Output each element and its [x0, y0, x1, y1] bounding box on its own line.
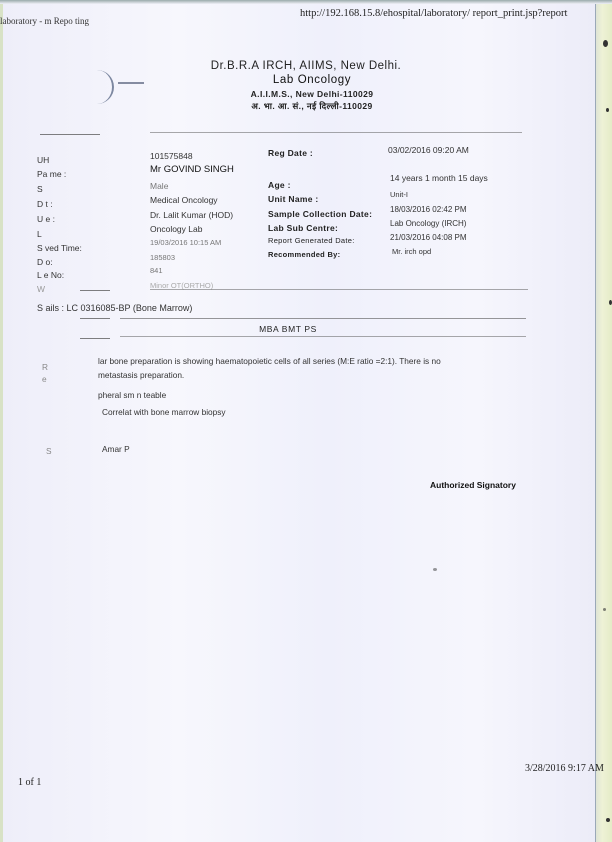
detail-label: L e No: — [37, 270, 64, 280]
page-top-edge — [0, 0, 612, 4]
detail-label: L — [37, 229, 42, 239]
signed-by: Amar P — [102, 444, 130, 454]
report-line: metastasis preparation. — [98, 370, 184, 380]
lab-sample-no-value: 841 — [150, 266, 163, 275]
lab-sub-centre-value: Lab Oncology (IRCH) — [390, 219, 466, 228]
scan-speck — [433, 568, 437, 571]
divider — [150, 289, 528, 290]
detail-label: D t : — [37, 199, 53, 209]
detail-label: Age : — [268, 180, 291, 190]
print-header-title: laboratory - m Repo ting — [0, 16, 89, 26]
unit-name-value: Unit-I — [390, 190, 408, 199]
divider — [150, 132, 522, 133]
detail-label: Pa me : — [37, 169, 66, 179]
detail-label: Unit Name : — [268, 194, 319, 204]
age-value: 14 years 1 month 15 days — [390, 173, 488, 183]
scanned-page — [0, 0, 596, 842]
sex-value: Male — [150, 181, 168, 191]
reg-date-value: 03/02/2016 09:20 AM — [388, 145, 469, 155]
document-no-value: 185803 — [150, 253, 175, 262]
divider — [80, 290, 110, 291]
patient-name-value: Mr GOVIND SINGH — [150, 164, 234, 175]
divider — [80, 318, 110, 319]
detail-label: S ved Time: — [37, 243, 82, 253]
sample-collection-date-value: 18/03/2016 02:42 PM — [390, 205, 467, 214]
scan-speck — [606, 108, 609, 112]
department-name: Lab Oncology — [0, 74, 612, 86]
detail-label: D o: — [37, 257, 53, 267]
detail-label: Recommended By: — [268, 250, 340, 259]
signed-prefix: S — [46, 446, 52, 456]
detail-label: Report Generated Date: — [268, 236, 355, 245]
page-left-edge — [0, 0, 3, 842]
detail-label: Sample Collection Date: — [268, 209, 372, 219]
authorized-signatory: Authorized Signatory — [430, 480, 516, 490]
report-line: pheral sm n teable — [98, 390, 166, 400]
divider — [40, 134, 100, 135]
report-generated-date-value: 21/03/2016 04:08 PM — [390, 233, 467, 242]
institution-name: Dr.B.R.A IRCH, AIIMS, New Delhi. — [0, 60, 612, 72]
divider — [120, 336, 526, 337]
detail-label: U e : — [37, 214, 55, 224]
test-name: MBA BMT PS — [0, 324, 576, 334]
sample-received-time-value: 19/03/2016 10:15 AM — [150, 238, 221, 247]
recommended-by-value: Mr. irch opd — [392, 247, 431, 256]
divider — [80, 338, 110, 339]
detail-label: Lab Sub Centre: — [268, 223, 338, 233]
print-header-url: http://192.168.15.8/ehospital/laboratory… — [300, 8, 567, 19]
print-timestamp: 3/28/2016 9:17 AM — [525, 763, 604, 774]
detail-label: W — [37, 284, 45, 294]
scan-speck — [606, 818, 610, 822]
page-number: 1 of 1 — [18, 777, 41, 788]
address-hindi: अ. भा. आ. सं., नई दिल्ली-110029 — [0, 101, 612, 112]
detail-label: UH — [37, 155, 49, 165]
uhid-value: 101575848 — [150, 151, 193, 161]
address-english: A.I.I.M.S., New Delhi-110029 — [0, 89, 612, 99]
report-line-prefix: R — [42, 362, 48, 372]
report-line: Correlat with bone marrow biopsy — [102, 407, 226, 417]
report-line: lar bone preparation is showing haematop… — [98, 356, 441, 366]
report-line-prefix: e — [42, 374, 47, 384]
unit-incharge-value: Dr. Lalit Kumar (HOD) — [150, 210, 233, 220]
lab-value: Oncology Lab — [150, 224, 202, 234]
sample-details: S ails : LC 0316085-BP (Bone Marrow) — [37, 303, 192, 313]
department-value: Medical Oncology — [150, 195, 218, 205]
scan-speck — [603, 40, 608, 47]
detail-label: Reg Date : — [268, 148, 313, 158]
scan-speck — [603, 608, 606, 611]
divider — [120, 318, 526, 319]
detail-label: S — [37, 184, 43, 194]
page-right-edge — [595, 0, 612, 842]
